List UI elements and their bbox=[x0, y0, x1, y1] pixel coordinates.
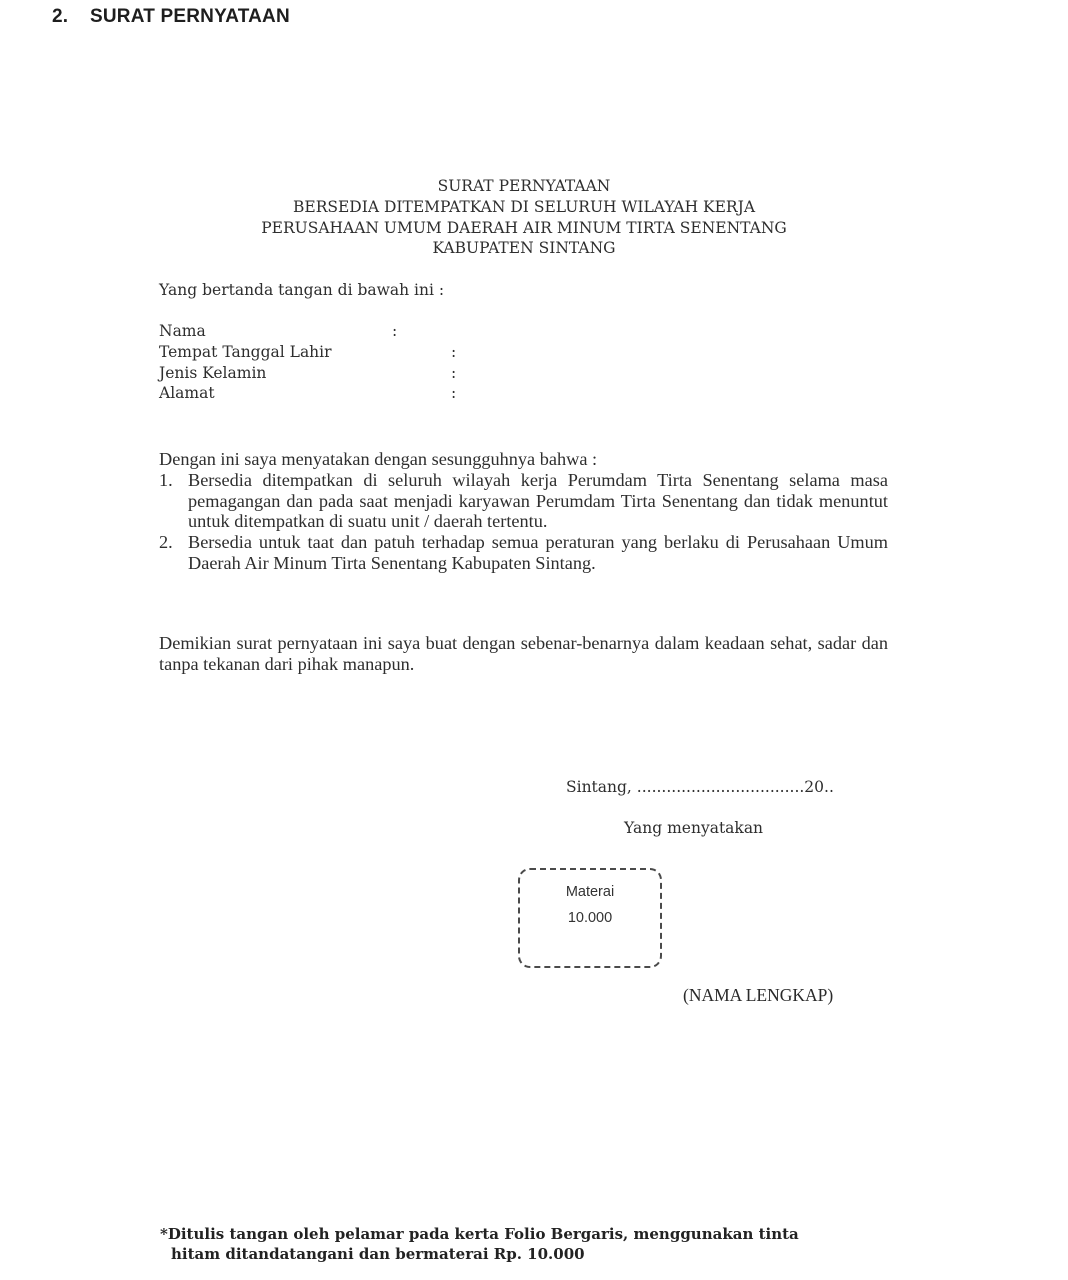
field-separator: : bbox=[451, 342, 456, 363]
statement-list: 1. Bersedia ditempatkan di seluruh wilay… bbox=[159, 470, 888, 574]
statement-text: Bersedia untuk taat dan patuh terhadap s… bbox=[188, 532, 888, 573]
identity-fields: Nama : Tempat Tanggal Lahir : Jenis Kela… bbox=[159, 321, 332, 404]
section-title: SURAT PERNYATAAN bbox=[90, 6, 290, 27]
field-nama: Nama : bbox=[159, 321, 332, 342]
field-tempat-tanggal-lahir: Tempat Tanggal Lahir : bbox=[159, 342, 332, 363]
field-label: Tempat Tanggal Lahir bbox=[159, 343, 332, 361]
statement-section: Dengan ini saya menyatakan dengan sesung… bbox=[159, 449, 888, 574]
statement-text: Bersedia ditempatkan di seluruh wilayah … bbox=[188, 470, 888, 532]
field-separator: : bbox=[451, 383, 456, 404]
stamp-value: 10.000 bbox=[520, 910, 660, 926]
intro-text: Yang bertanda tangan di bawah ini : bbox=[159, 281, 444, 299]
field-alamat: Alamat : bbox=[159, 383, 332, 404]
stamp-placeholder: Materai 10.000 bbox=[518, 868, 662, 968]
title-line: SURAT PERNYATAAN bbox=[160, 176, 888, 197]
closing-paragraph: Demikian surat pernyataan ini saya buat … bbox=[159, 633, 888, 675]
footnote-line: *Ditulis tangan oleh pelamar pada kerta … bbox=[160, 1225, 799, 1243]
title-line: PERUSAHAAN UMUM DAERAH AIR MINUM TIRTA S… bbox=[160, 218, 888, 239]
document-title: SURAT PERNYATAAN BERSEDIA DITEMPATKAN DI… bbox=[160, 176, 888, 259]
place-date-line: Sintang, ...............................… bbox=[566, 778, 834, 796]
footnote-line: hitam ditandatangani dan bermaterai Rp. … bbox=[160, 1244, 888, 1264]
section-number: 2. bbox=[52, 6, 90, 28]
footnote: *Ditulis tangan oleh pelamar pada kerta … bbox=[160, 1224, 888, 1264]
field-label: Nama bbox=[159, 322, 206, 340]
stamp-label: Materai bbox=[520, 884, 660, 900]
statement-item: 2. Bersedia untuk taat dan patuh terhada… bbox=[159, 532, 888, 574]
field-label: Jenis Kelamin bbox=[159, 364, 266, 382]
field-separator: : bbox=[392, 321, 397, 342]
signer-label: Yang menyatakan bbox=[624, 819, 763, 837]
list-marker: 2. bbox=[159, 532, 173, 553]
full-name-placeholder: (NAMA LENGKAP) bbox=[683, 985, 833, 1006]
section-heading: 2.SURAT PERNYATAAN bbox=[52, 6, 290, 28]
field-jenis-kelamin: Jenis Kelamin : bbox=[159, 363, 332, 384]
statement-item: 1. Bersedia ditempatkan di seluruh wilay… bbox=[159, 470, 888, 532]
title-line: KABUPATEN SINTANG bbox=[160, 238, 888, 259]
field-label: Alamat bbox=[159, 384, 215, 402]
statement-intro: Dengan ini saya menyatakan dengan sesung… bbox=[159, 449, 888, 470]
title-line: BERSEDIA DITEMPATKAN DI SELURUH WILAYAH … bbox=[160, 197, 888, 218]
list-marker: 1. bbox=[159, 470, 173, 491]
field-separator: : bbox=[451, 363, 456, 384]
